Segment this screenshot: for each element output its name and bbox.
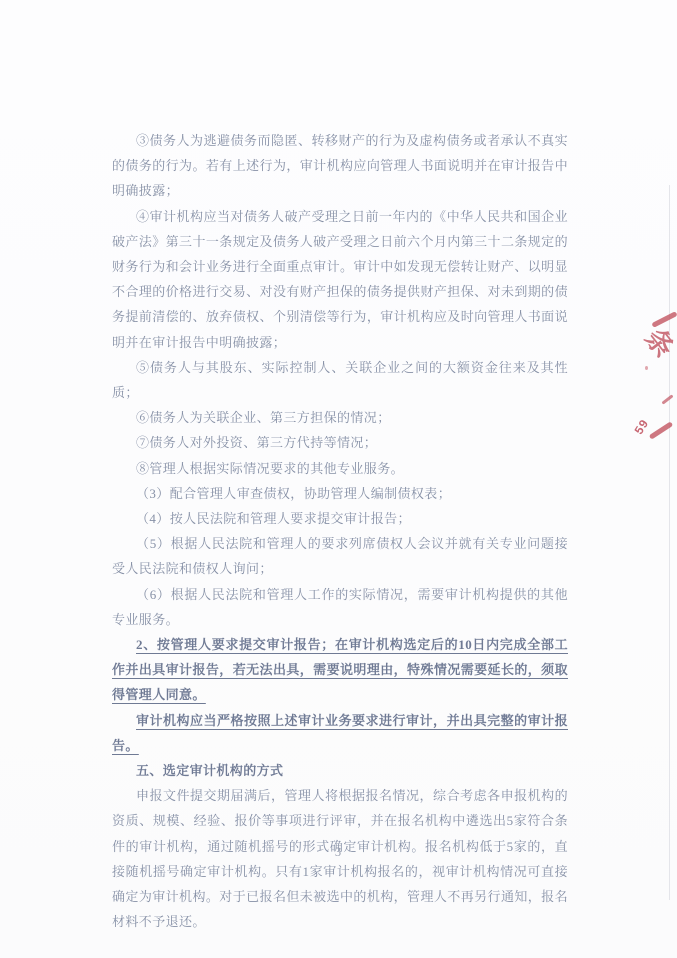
clause-circled-7: ⑦债务人对外投资、第三方代持等情况；	[112, 430, 568, 455]
page-edge-line	[669, 185, 670, 900]
seal-digits: 59	[632, 401, 677, 448]
list-item-4: （4）按人民法院和管理人要求提交审计报告；	[112, 506, 568, 531]
document-body: ③债务人为逃避债务而隐匿、转移财产的行为及虚构债务或者承认不真实的债务的行为。若…	[112, 128, 568, 935]
clause-circled-8: ⑧管理人根据实际情况要求的其他专业服务。	[112, 456, 568, 481]
list-item-6: （6）根据人民法院和管理人工作的实际情况，需要审计机构提供的其他专业服务。	[112, 582, 568, 632]
seal-character-icon: 条	[633, 321, 677, 374]
list-item-5: （5）根据人民法院和管理人的要求列席债权人会议并就有关专业问题接受人民法院和债权…	[112, 531, 568, 581]
list-item-3: （3）配合管理人审查债权，协助管理人编制债权表；	[112, 481, 568, 506]
clause-circled-6: ⑥债务人为关联企业、第三方担保的情况；	[112, 405, 568, 430]
seal-stroke-icon	[651, 311, 677, 328]
clause-circled-4: ④审计机构应当对债务人破产受理之日前一年内的《中华人民共和国企业破产法》第三十一…	[112, 204, 568, 355]
seal-tick-icon	[661, 394, 673, 404]
scanned-document-page: ③债务人为逃避债务而隐匿、转移财产的行为及虚构债务或者承认不真实的债务的行为。若…	[0, 0, 677, 958]
clause-circled-5: ⑤债务人与其股东、实际控制人、关联企业之间的大额资金往来及其性质；	[112, 355, 568, 405]
page-number: 3	[0, 845, 677, 860]
section-heading: 五、选定审计机构的方式	[112, 758, 568, 783]
underlined-requirement-2: 审计机构应当严格按照上述审计业务要求进行审计，并出具完整的审计报告。	[112, 708, 568, 758]
clause-circled-3: ③债务人为逃避债务而隐匿、转移财产的行为及虚构债务或者承认不真实的债务的行为。若…	[112, 128, 568, 204]
underlined-requirement-1: 2、按管理人要求提交审计报告；在审计机构选定后的10日内完成全部工作并出具审计报…	[112, 632, 568, 708]
seal-dot-icon	[645, 366, 648, 370]
